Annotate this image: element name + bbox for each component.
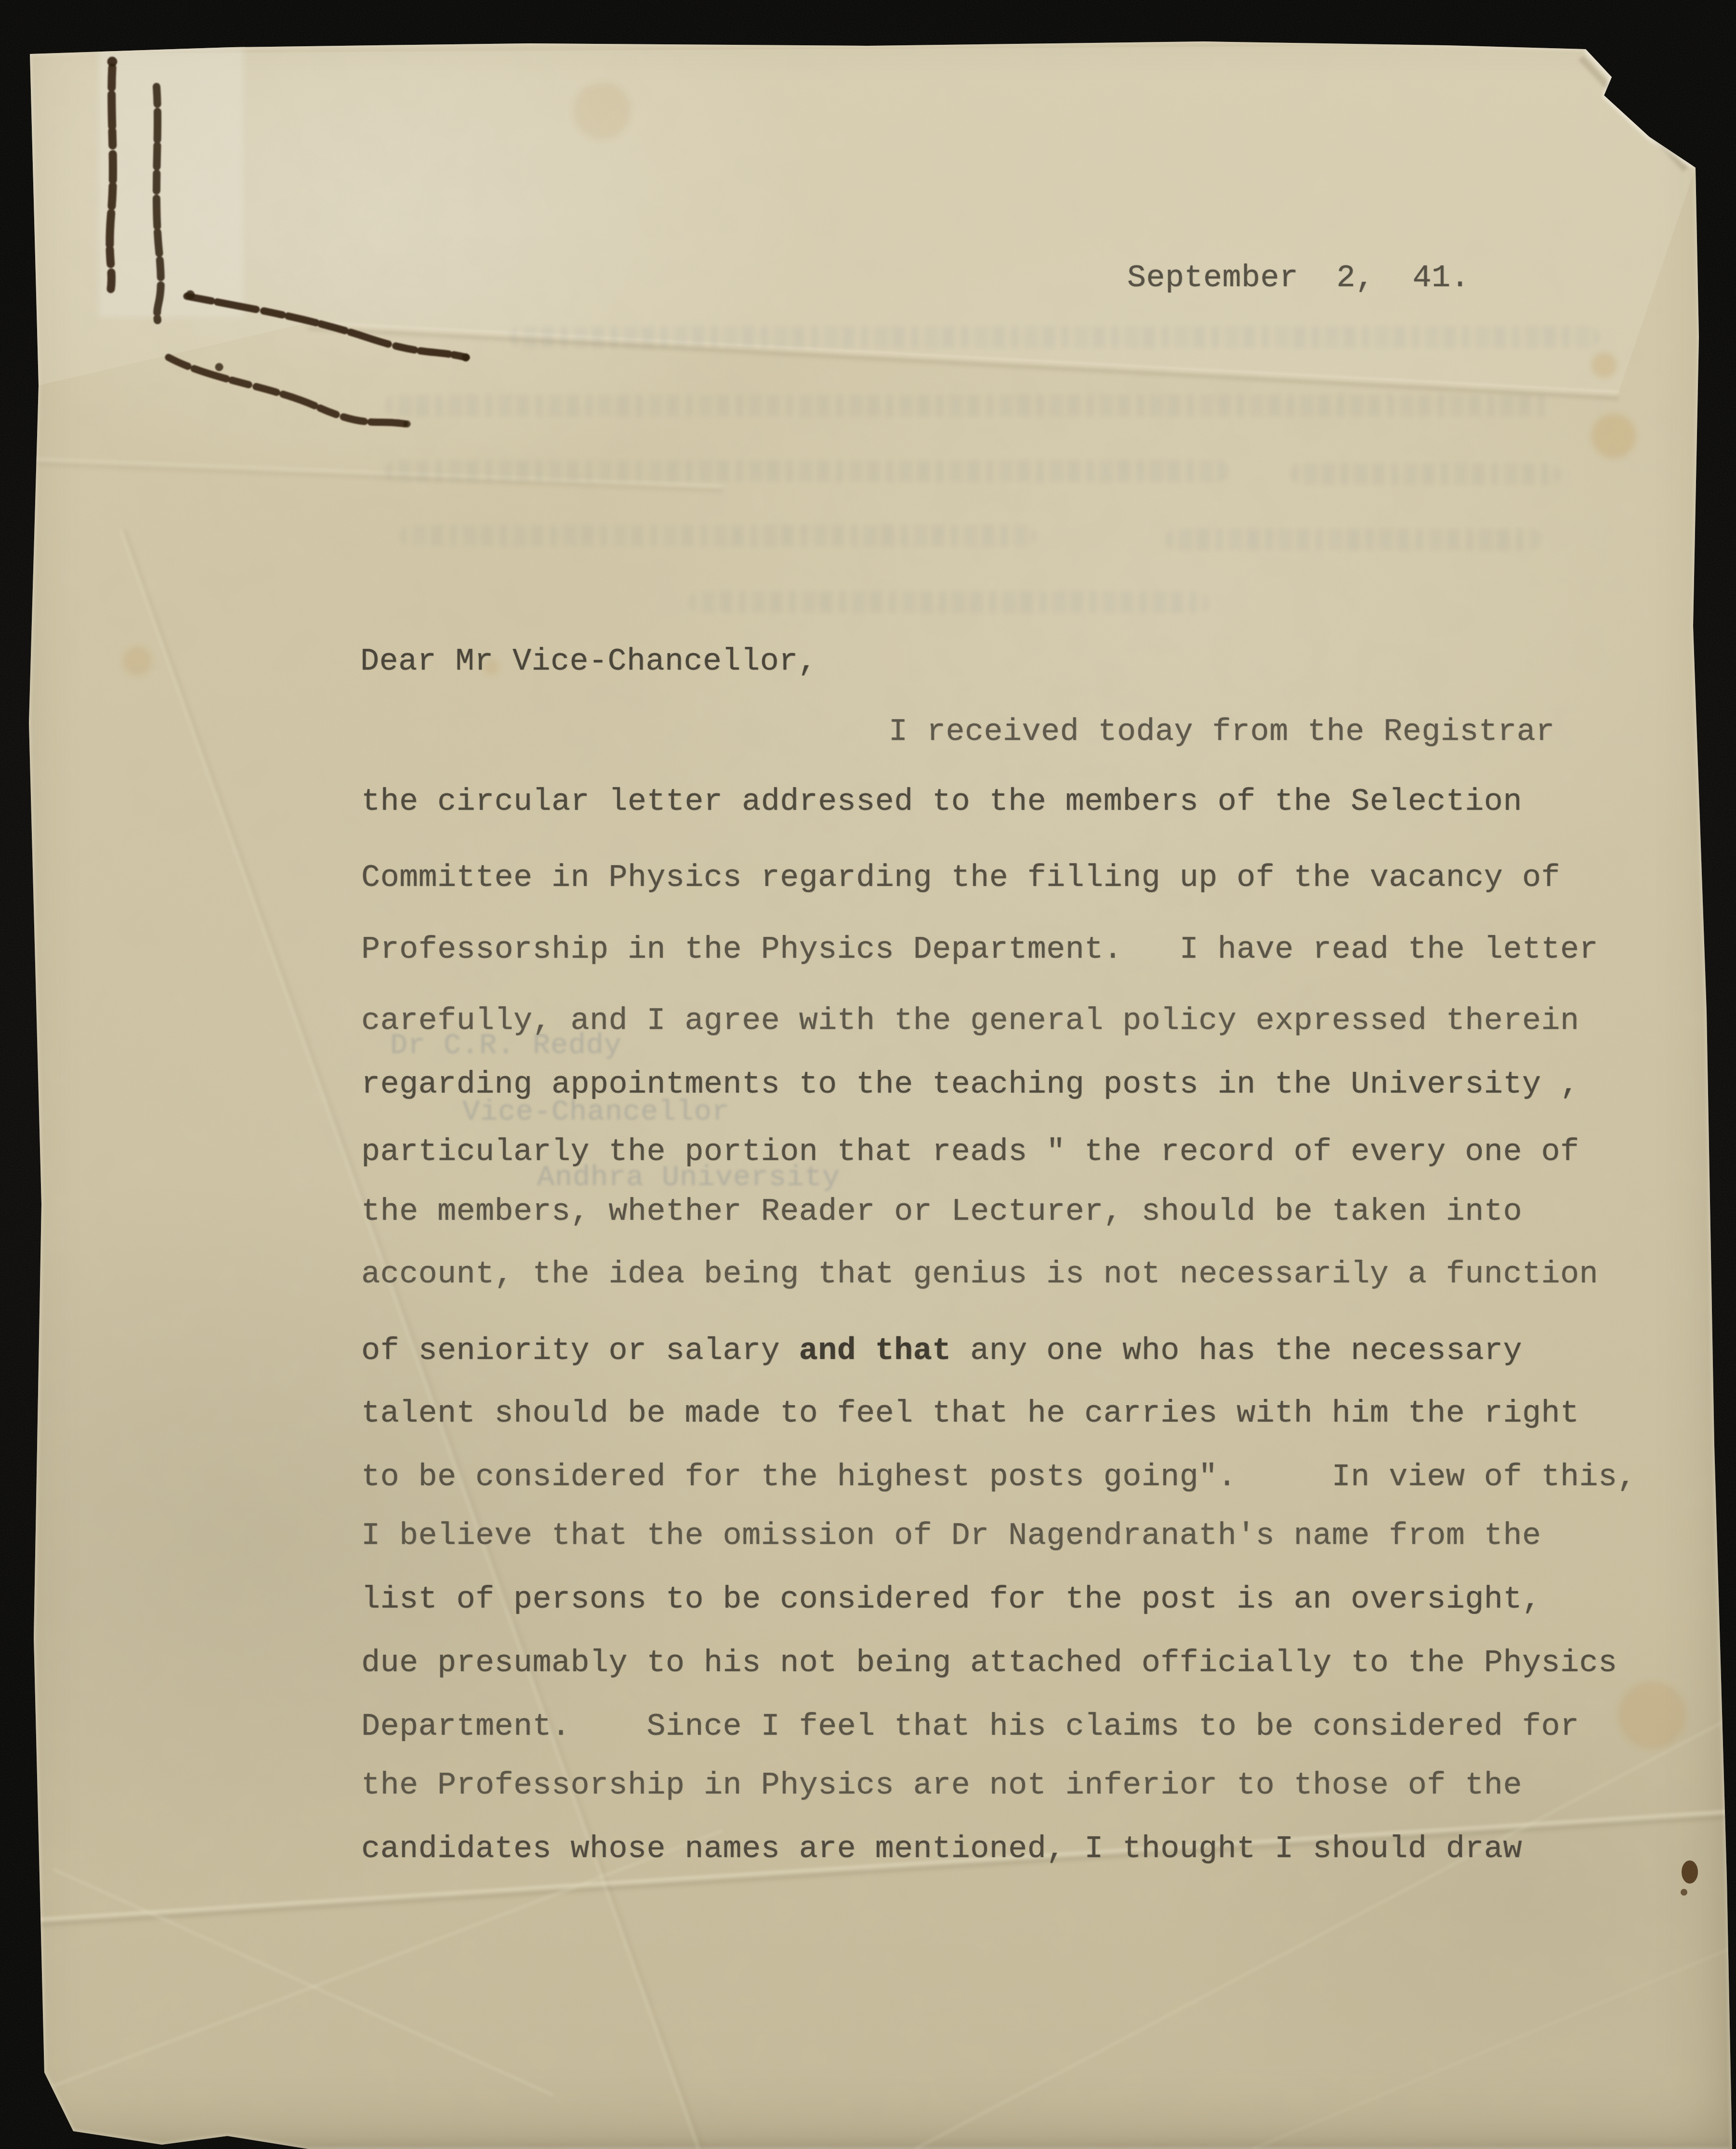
scan-background: September 2, 41. Dear Mr Vice-Chancellor… [0, 0, 1736, 2149]
letter-page [0, 0, 1736, 2149]
